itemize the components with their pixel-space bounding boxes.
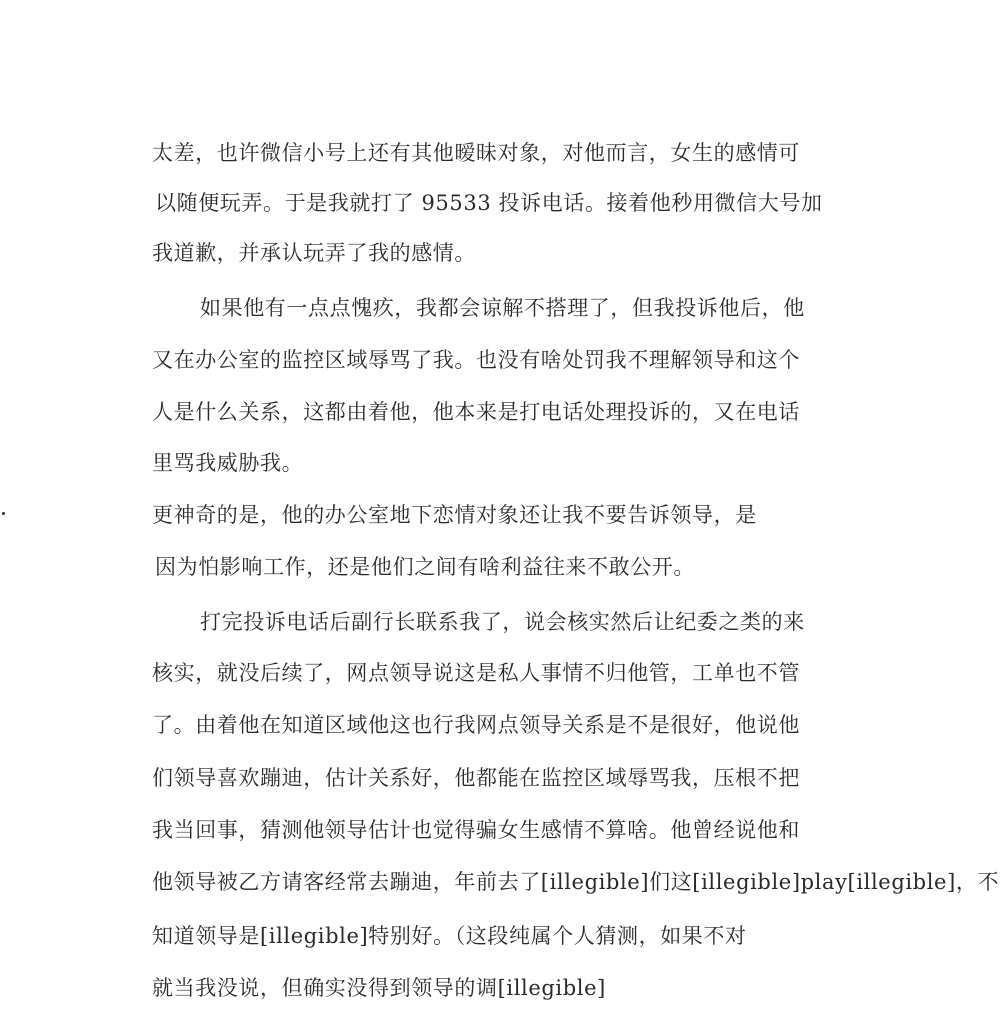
- text-line: 了。由着他在知道区域他这也行我网点领导关系是不是很好，他说他: [152, 715, 800, 736]
- paragraph-first-line: 如果他有一点点愧疚，我都会谅解不搭理了，但我投诉他后，他: [200, 298, 805, 319]
- text-line: 因为怕影响工作，还是他们之间有啥利益往来不敢公开。: [155, 557, 695, 578]
- text-line: 他领导被乙方请客经常去蹦迪，年前去了[illegible]们这[illegibl…: [152, 872, 999, 893]
- paragraph-first-line: 更神奇的是，他的办公室地下恋情对象还让我不要告诉领导，是: [152, 505, 757, 526]
- text-line: 太差，也许微信小号上还有其他暧昧对象，对他而言，女生的感情可: [152, 143, 800, 164]
- paragraph-first-line: 打完投诉电话后副行长联系我了，说会核实然后让纪委之类的来: [200, 612, 805, 633]
- text-line: 知道领导是[illegible]特别好。（这段纯属个人猜测，如果不对: [152, 926, 747, 947]
- text-line: 我道歉，并承认玩弄了我的感情。: [152, 243, 476, 264]
- text-line: 又在办公室的监控区域辱骂了我。也没有啥处罚我不理解领导和这个: [152, 350, 800, 371]
- text-line: 就当我没说，但确实没得到领导的调[illegible]: [152, 978, 606, 999]
- text-line: 我当回事，猜测他领导估计也觉得骗女生感情不算啥。他曾经说他和: [152, 820, 800, 841]
- document-page: 太差，也许微信小号上还有其他暧昧对象，对他而言，女生的感情可 以随便玩弄。于是我…: [0, 0, 1000, 1036]
- text-line: 里骂我威胁我。: [152, 453, 303, 474]
- text-line: 们领导喜欢蹦迪，估计关系好，他都能在监控区域辱骂我，压根不把: [152, 768, 800, 789]
- text-line: 人是什么关系，这都由着他，他本来是打电话处理投诉的，又在电话: [152, 402, 800, 423]
- text-line: 核实，就没后续了，网点领导说这是私人事情不归他管，工单也不管: [152, 663, 800, 684]
- text-line: 以随便玩弄。于是我就打了 95533 投诉电话。接着他秒用微信大号加: [155, 193, 823, 214]
- stray-mark: [2, 512, 5, 515]
